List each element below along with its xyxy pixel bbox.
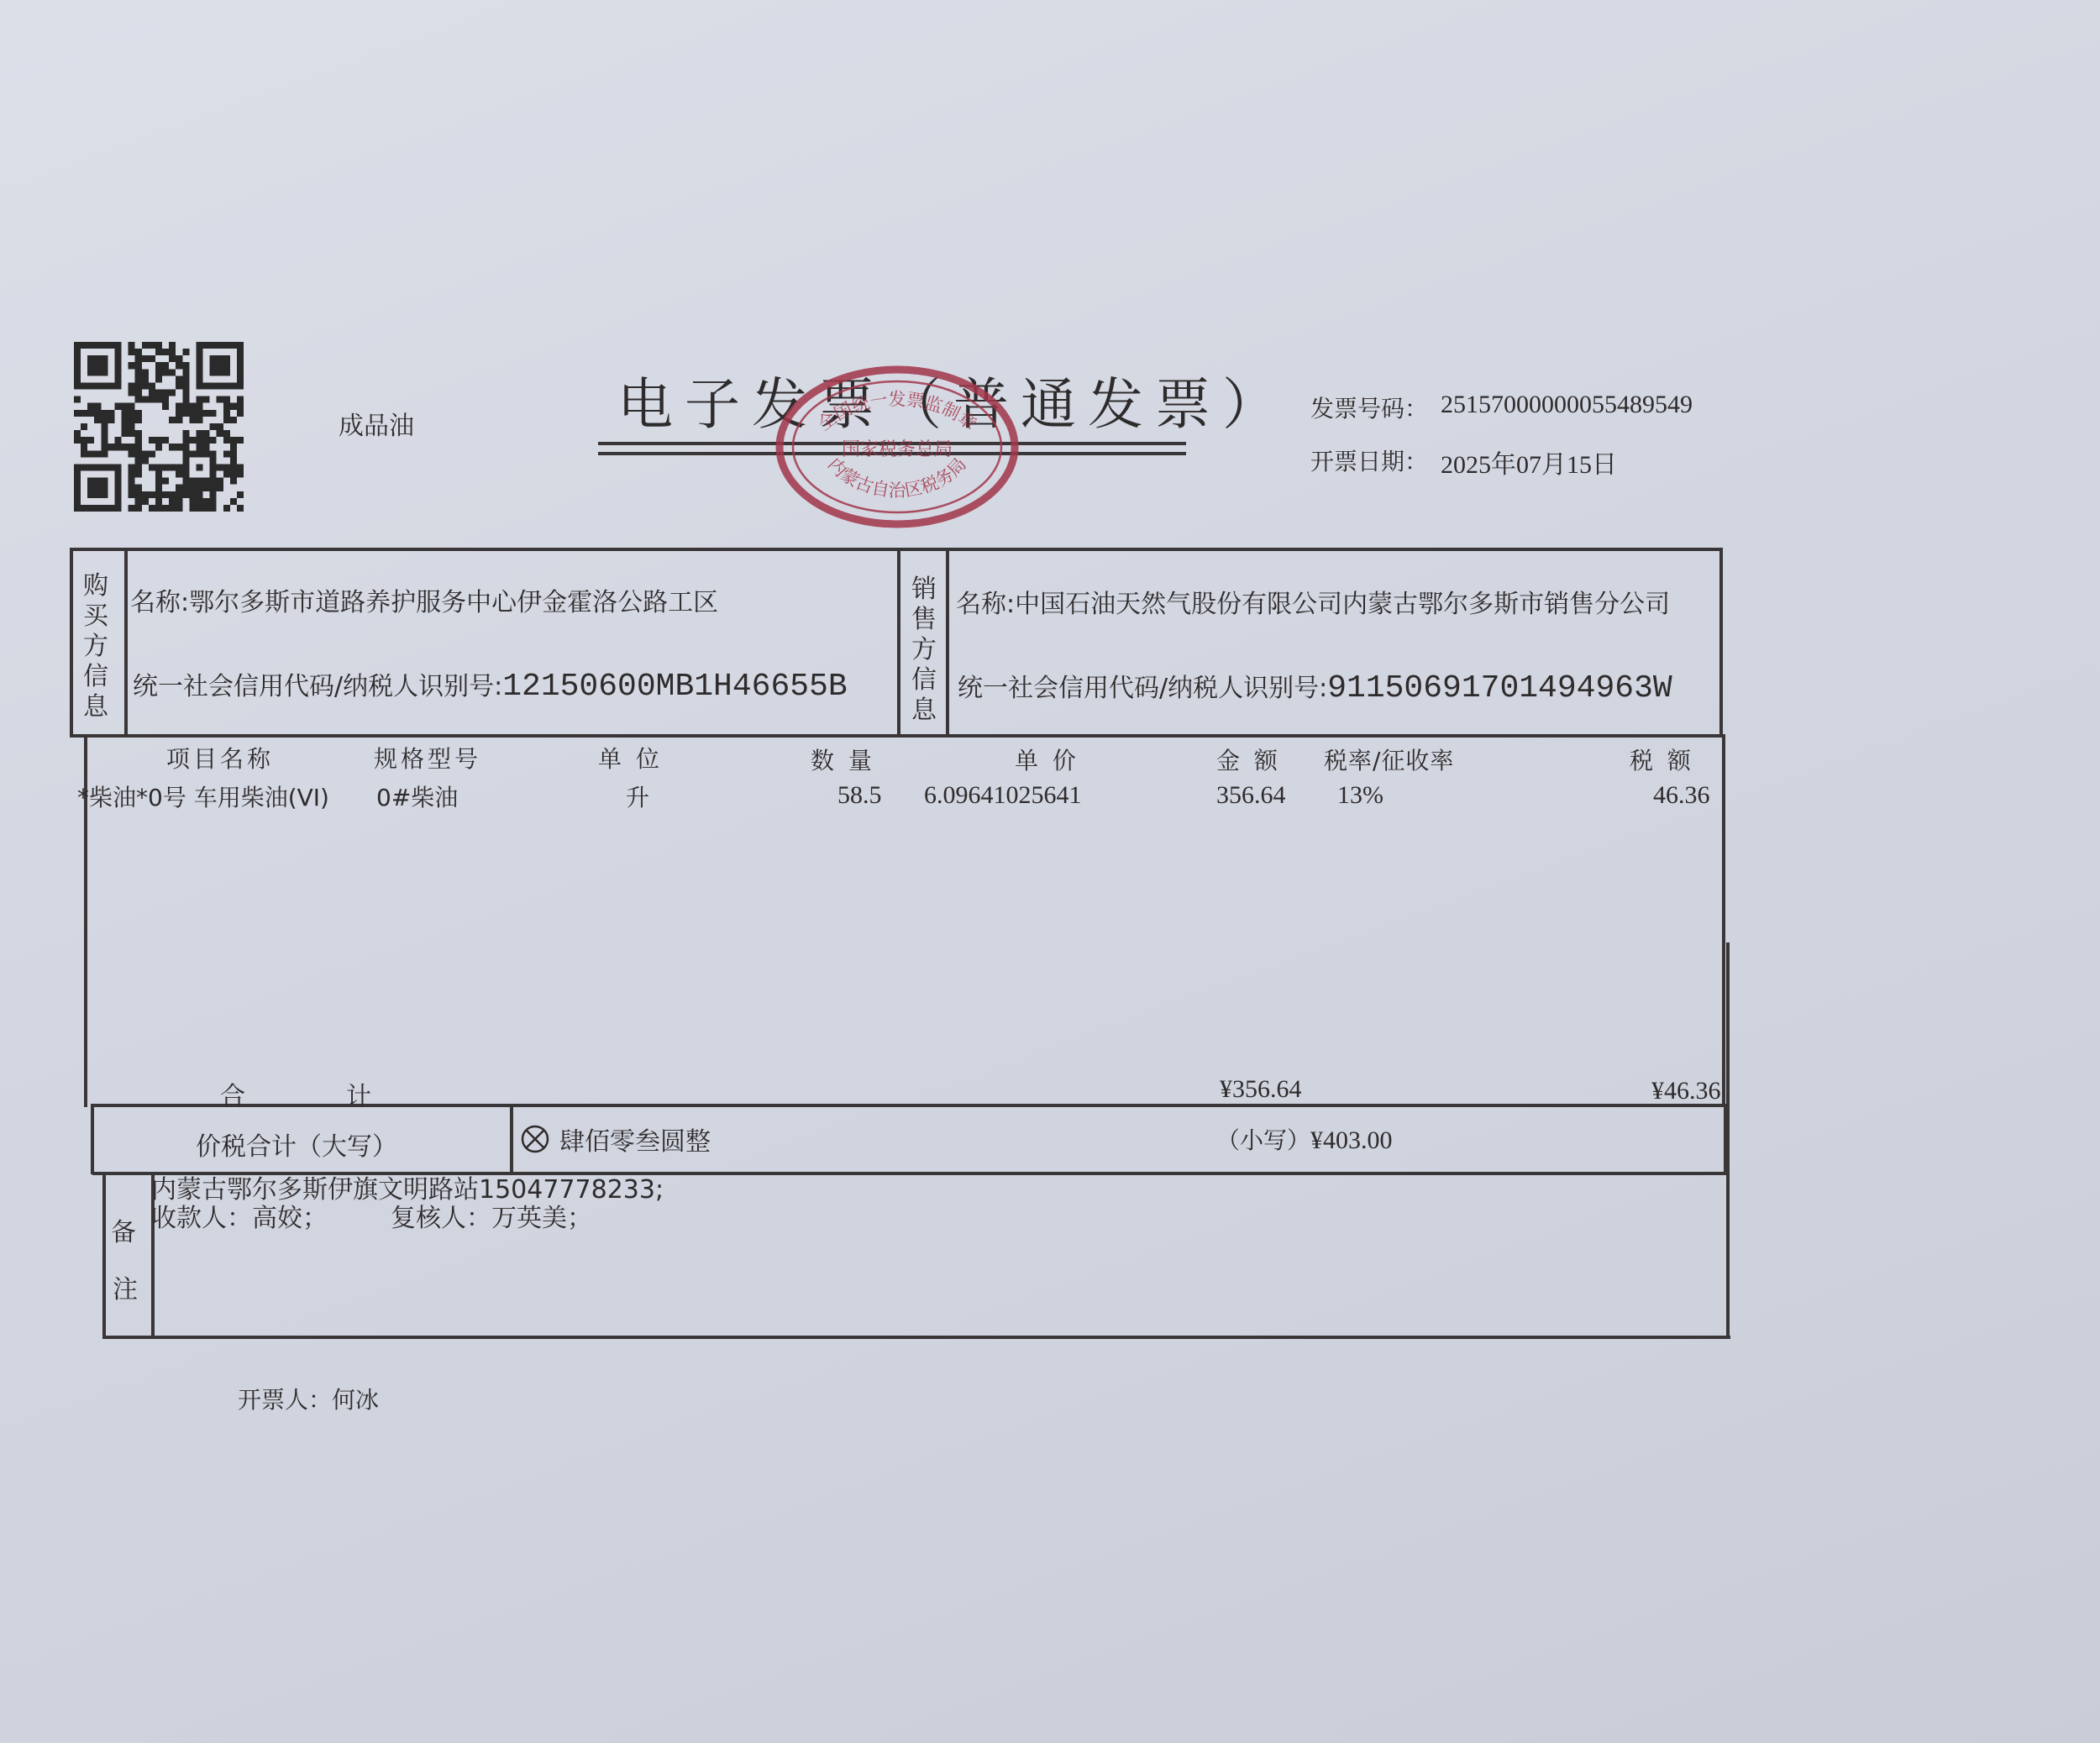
- remarks-border-left: [102, 1172, 106, 1338]
- remarks-border-right: [1726, 942, 1730, 1338]
- grand-total-lower-label: （小写）: [1216, 1126, 1310, 1154]
- form-border-left: [70, 548, 73, 736]
- svg-text:全国统一发票监制章: 全国统一发票监制章: [814, 389, 980, 434]
- invoice-number-label: 发票号码：: [1310, 391, 1428, 424]
- col-header-tax: 税 额: [1630, 743, 1694, 776]
- seller-name-label: 名称:: [956, 590, 1015, 619]
- buyer-section-label: 购买方信息: [81, 571, 111, 722]
- qr-code: [74, 340, 244, 513]
- buyer-name-label: 名称:: [130, 588, 189, 617]
- item-name: *柴油*0号 车用柴油(VI): [77, 780, 329, 813]
- col-header-tax-rate: 税率/征收率: [1324, 743, 1454, 776]
- issue-date: 2025年07月15日: [1441, 444, 1617, 480]
- col-header-item-name: 项目名称: [166, 741, 274, 774]
- drawer-label: 开票人：: [238, 1386, 332, 1414]
- buyer-name: 鄂尔多斯市道路养护服务中心伊金霍洛公路工区: [189, 588, 718, 617]
- grand-total-label: 价税合计（大写）: [196, 1126, 397, 1163]
- buyer-taxid-row: 统一社会信用代码/纳税人识别号:12150600MB1H46655B: [133, 665, 848, 705]
- grand-border-left: [91, 1104, 94, 1174]
- col-header-unit-price: 单 价: [1015, 743, 1079, 776]
- grand-total-lower: ¥403.00: [1310, 1126, 1393, 1154]
- item-unit-price: 6.09641025641: [924, 781, 1082, 810]
- official-seal-stamp: 全国统一发票监制章 国家税务总局 内蒙古自治区税务局: [771, 363, 1023, 531]
- form-border-right: [1719, 548, 1723, 736]
- total-amount: ¥356.64: [1220, 1075, 1302, 1104]
- svg-text:国家税务总局: 国家税务总局: [842, 439, 953, 460]
- buyer-section-label-text: 购买方信息: [83, 571, 108, 722]
- item-amount: 356.64: [1216, 781, 1286, 810]
- grand-label-divider: [510, 1104, 513, 1174]
- form-border-top: [70, 548, 1721, 551]
- col-header-unit: 单 位: [598, 741, 663, 774]
- item-tax: 46.36: [1653, 781, 1710, 810]
- buyer-name-row: 名称:鄂尔多斯市道路养护服务中心伊金霍洛公路工区: [130, 581, 718, 618]
- buyer-label-divider: [124, 548, 128, 736]
- total-label: 合 计: [220, 1075, 371, 1112]
- col-header-spec: 规格型号: [374, 741, 481, 774]
- circled-x-icon: [520, 1124, 550, 1154]
- total-tax: ¥46.36: [1651, 1077, 1721, 1105]
- buyer-taxid: 12150600MB1H46655B: [502, 669, 847, 705]
- svg-text:内蒙古自治区税务局: 内蒙古自治区税务局: [824, 454, 970, 500]
- buyer-taxid-label: 统一社会信用代码/纳税人识别号:: [133, 672, 502, 701]
- item-tax-rate: 13%: [1337, 781, 1383, 810]
- remarks-line-1: 内蒙古鄂尔多斯伊旗文明路站15047778233;: [151, 1176, 664, 1205]
- seller-section-label: 销售方信息: [909, 575, 939, 726]
- form-border-bottom: [102, 1336, 1730, 1339]
- grand-total-upper: 肆佰零叁圆整: [559, 1121, 711, 1158]
- items-border-right: [1722, 734, 1725, 1107]
- drawer-name: 何冰: [332, 1386, 379, 1414]
- item-quantity: 58.5: [837, 781, 882, 810]
- item-unit: 升: [626, 780, 649, 813]
- party-center-divider: [897, 548, 900, 736]
- item-spec: 0#柴油: [376, 780, 458, 813]
- seller-taxid-label: 统一社会信用代码/纳税人识别号:: [958, 674, 1327, 703]
- col-header-amount: 金 额: [1216, 743, 1281, 776]
- remarks-label-1: 备: [111, 1211, 136, 1248]
- invoice-number: 25157000000055489549: [1441, 391, 1693, 419]
- seller-section-label-text: 销售方信息: [911, 575, 937, 725]
- seller-name: 中国石油天然气股份有限公司内蒙古鄂尔多斯市销售分公司: [1015, 590, 1670, 619]
- remarks-line-2: 收款人：高姣； 复核人：万英美；: [151, 1205, 592, 1233]
- issue-date-label: 开票日期：: [1310, 444, 1428, 477]
- invoice-category: 成品油: [339, 405, 414, 442]
- remarks-label-2: 注: [113, 1268, 138, 1305]
- seller-label-divider: [946, 548, 949, 736]
- seller-name-row: 名称:中国石油天然气股份有限公司内蒙古鄂尔多斯市销售分公司: [956, 583, 1670, 620]
- drawer-row: 开票人：何冰: [238, 1382, 379, 1415]
- seller-taxid-row: 统一社会信用代码/纳税人识别号:91150691701494963W: [958, 667, 1672, 706]
- grand-total-lower-row: （小写）¥403.00: [1216, 1122, 1393, 1156]
- seller-taxid: 91150691701494963W: [1327, 670, 1672, 706]
- col-header-quantity: 数 量: [811, 743, 875, 776]
